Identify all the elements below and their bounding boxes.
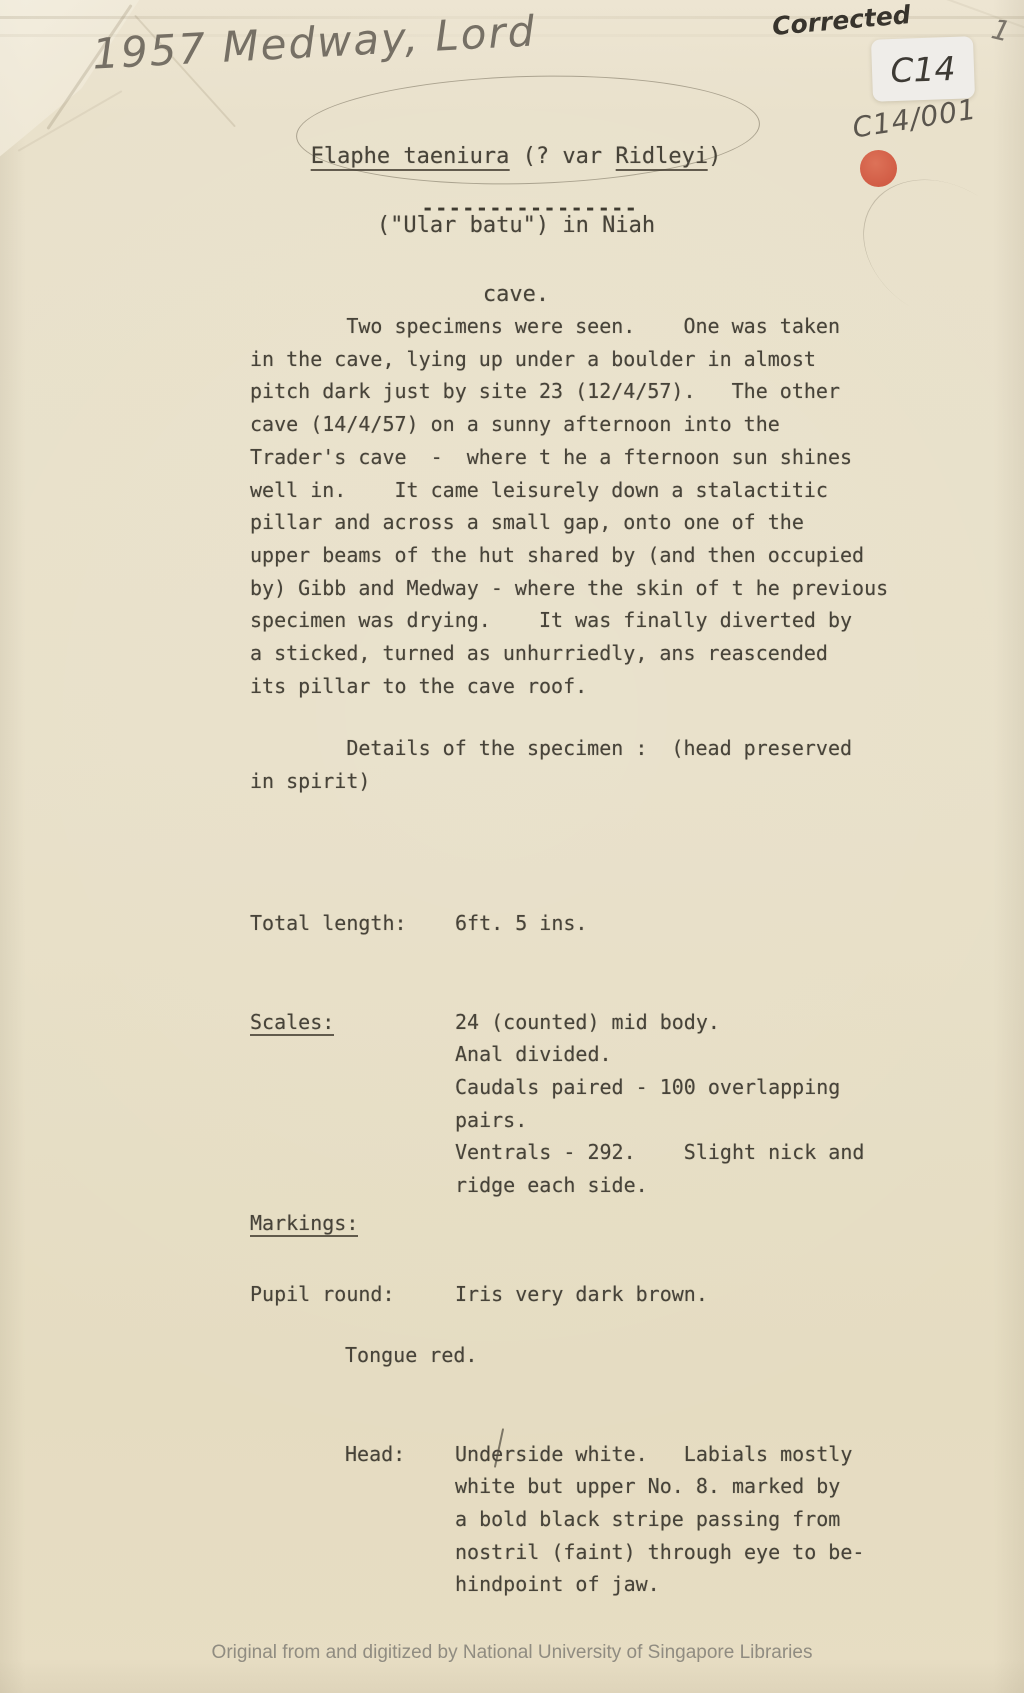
scanned-document-page: 1957 Medway, Lord Corrected 1 C14 C14/00… [0, 0, 1024, 1693]
detail-value-line: ridge each side. [455, 1169, 864, 1202]
paragraph-line: pillar and across a small gap, onto one … [250, 506, 888, 539]
digitization-credit: Original from and digitized by National … [0, 1642, 1024, 1664]
title-text: (? var [509, 144, 615, 169]
markings-heading: Markings: [250, 1207, 358, 1240]
red-dot-sticker [860, 150, 897, 187]
paragraph-line: Details of the specimen : (head preserve… [250, 732, 852, 765]
head-value-line: hindpoint of jaw. [455, 1568, 864, 1601]
head-value-line: a bold black stripe passing from [455, 1503, 864, 1536]
detail-value-lines: 24 (counted) mid body.Anal divided.Cauda… [455, 1006, 864, 1202]
title-text: ) [708, 144, 721, 169]
paragraph-line: Trader's cave - where t he a fternoon su… [250, 441, 888, 474]
head-value-line: white but upper No. 8. marked by [455, 1470, 864, 1503]
markings-heading-text: Markings: [250, 1211, 358, 1237]
scales-label: Scales: [250, 1010, 334, 1036]
head-value-lines: Underside white. Labials mostlywhite but… [455, 1438, 864, 1602]
paragraph-line: Two specimens were seen. One was taken [250, 310, 888, 343]
detail-row-scales: Scales: 24 (counted) mid body.Anal divid… [250, 1006, 864, 1202]
title-line-3: cave. [311, 283, 722, 306]
variety-name: Ridleyi [615, 144, 708, 171]
detail-value-line: Ventrals - 292. Slight nick and [455, 1136, 864, 1169]
detail-value: 6ft. 5 ins. [455, 907, 587, 940]
head-label: Head: [345, 1438, 455, 1602]
markings-body: Tongue red. Head: Underside white. Labia… [345, 1274, 864, 1666]
tongue-line: Tongue red. [345, 1339, 864, 1372]
details-intro-paragraph: Details of the specimen : (head preserve… [250, 732, 852, 797]
head-row: Head: Underside white. Labials mostlywhi… [345, 1438, 864, 1602]
main-paragraph: Two specimens were seen. One was takenin… [250, 310, 888, 702]
paragraph-line: cave (14/4/57) on a sunny afternoon into… [250, 408, 888, 441]
typed-dash-separator: ---------------- [422, 196, 639, 220]
detail-value-line: Anal divided. [455, 1038, 864, 1071]
detail-value-line: pairs. [455, 1104, 864, 1137]
paragraph-line: well in. It came leisurely down a stalac… [250, 474, 888, 507]
reference-sticker: C14 [871, 36, 975, 102]
detail-value-line: 24 (counted) mid body. [455, 1006, 864, 1039]
paragraph-line: a sticked, turned as unhurriedly, ans re… [250, 637, 888, 670]
paragraph-line: in the cave, lying up under a boulder in… [250, 343, 888, 376]
paragraph-line: upper beams of the hut shared by (and th… [250, 539, 888, 572]
paragraph-line: in spirit) [250, 765, 852, 798]
head-value-line: Underside white. Labials mostly [455, 1438, 864, 1471]
detail-label: Scales: [250, 1006, 455, 1202]
paragraph-line: by) Gibb and Medway - where the skin of … [250, 572, 888, 605]
paragraph-line: specimen was drying. It was finally dive… [250, 604, 888, 637]
head-value-line: nostril (faint) through eye to be- [455, 1536, 864, 1569]
sticker-label: C14 [890, 48, 956, 89]
species-name: Elaphe taeniura [311, 144, 510, 171]
detail-label: Total length: [250, 907, 455, 940]
detail-row-total-length: Total length: 6ft. 5 ins. [250, 907, 864, 940]
detail-value-line: Caudals paired - 100 overlapping [455, 1071, 864, 1104]
paragraph-line: its pillar to the cave roof. [250, 670, 888, 703]
title-line-1: Elaphe taeniura (? var Ridleyi) [311, 145, 722, 168]
paragraph-line: pitch dark just by site 23 (12/4/57). Th… [250, 375, 888, 408]
